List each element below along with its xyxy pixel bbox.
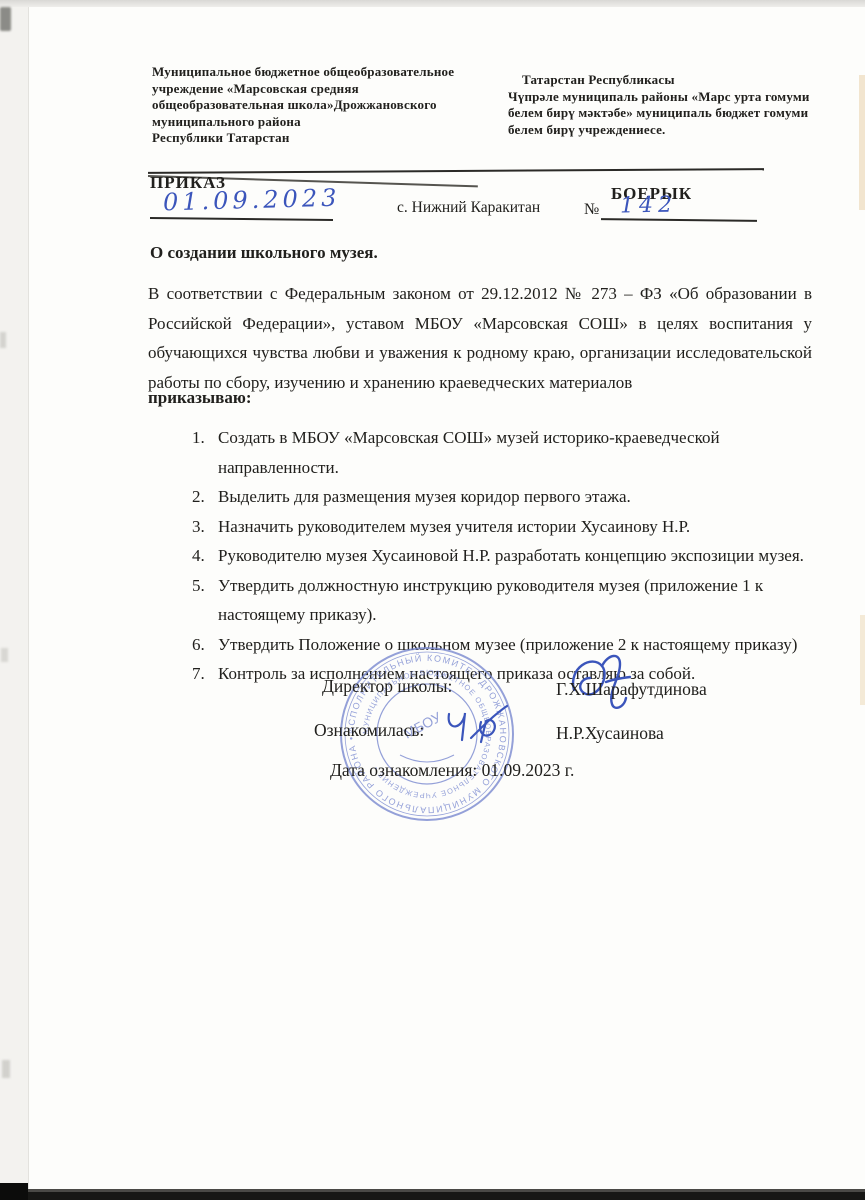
letterhead-line: учреждение «Марсовская средняя	[152, 81, 474, 98]
order-item: 1. Создать в МБОУ «Марсовская СОШ» музей…	[192, 423, 804, 482]
horizontal-rule	[148, 168, 764, 174]
letterhead-russian: Муниципальное бюджетное общеобразователь…	[152, 64, 474, 147]
letterhead-tatar: Татарстан Республикасы Чүпрәле муниципал…	[508, 72, 826, 138]
item-text: Утвердить должностную инструкцию руковод…	[218, 571, 804, 630]
letterhead-line: Чүпрәле муниципаль районы «Марс урта гом…	[508, 89, 826, 106]
reviewed-name: Н.Р.Хусаинова	[556, 723, 664, 744]
director-name: Г.Х.Шарафутдинова	[556, 679, 707, 700]
letterhead-line: Муниципальное бюджетное общеобразователь…	[152, 64, 474, 81]
item-number: 7.	[192, 659, 218, 689]
item-number: 2.	[192, 482, 218, 512]
handwritten-order-number: 142	[620, 193, 677, 219]
letterhead-line: белем бирү мәктәбе» муниципаль бюджет го…	[508, 105, 826, 122]
item-text: Назначить руководителем музея учителя ис…	[218, 512, 804, 542]
item-number: 3.	[192, 512, 218, 542]
item-text: Выделить для размещения музея коридор пе…	[218, 482, 804, 512]
item-text: Руководителю музея Хусаиновой Н.Р. разра…	[218, 541, 804, 571]
order-item: 2. Выделить для размещения музея коридор…	[192, 482, 804, 512]
number-sign: №	[584, 201, 599, 219]
letterhead-line: Республики Татарстан	[152, 130, 474, 147]
order-preamble: В соответствии с Федеральным законом от …	[148, 279, 812, 397]
document-page: Муниципальное бюджетное общеобразователь…	[0, 0, 865, 1200]
item-number: 5.	[192, 571, 218, 601]
order-item: 3. Назначить руководителем музея учителя…	[192, 512, 804, 542]
order-item: 5. Утвердить должностную инструкцию руко…	[192, 571, 804, 630]
date-underline	[150, 217, 333, 220]
item-number: 6.	[192, 630, 218, 660]
handwritten-order-date: 01.09.2023	[163, 184, 341, 217]
number-underline	[601, 218, 757, 221]
decree-word: приказываю:	[148, 388, 252, 408]
item-number: 4.	[192, 541, 218, 571]
letterhead-line: муниципального района	[152, 114, 474, 131]
reviewed-signature	[435, 700, 525, 755]
item-text: Создать в МБОУ «Марсовская СОШ» музей ис…	[218, 423, 804, 482]
order-item: 4. Руководителю музея Хусаиновой Н.Р. ра…	[192, 541, 804, 571]
review-date-line: Дата ознакомления: 01.09.2023 г.	[330, 760, 574, 781]
letterhead-line: Татарстан Республикасы	[508, 72, 826, 89]
order-subject: О создании школьного музея.	[150, 243, 378, 263]
director-label: Директор школы:	[322, 676, 452, 697]
place-name: с. Нижний Каракитан	[397, 199, 540, 217]
letterhead-line: белем бирү учреждениесе.	[508, 122, 826, 139]
letterhead-line: общеобразовательная школа»Дрожжановского	[152, 97, 474, 114]
reviewed-label: Ознакомилась:	[314, 720, 424, 741]
item-number: 1.	[192, 423, 218, 453]
